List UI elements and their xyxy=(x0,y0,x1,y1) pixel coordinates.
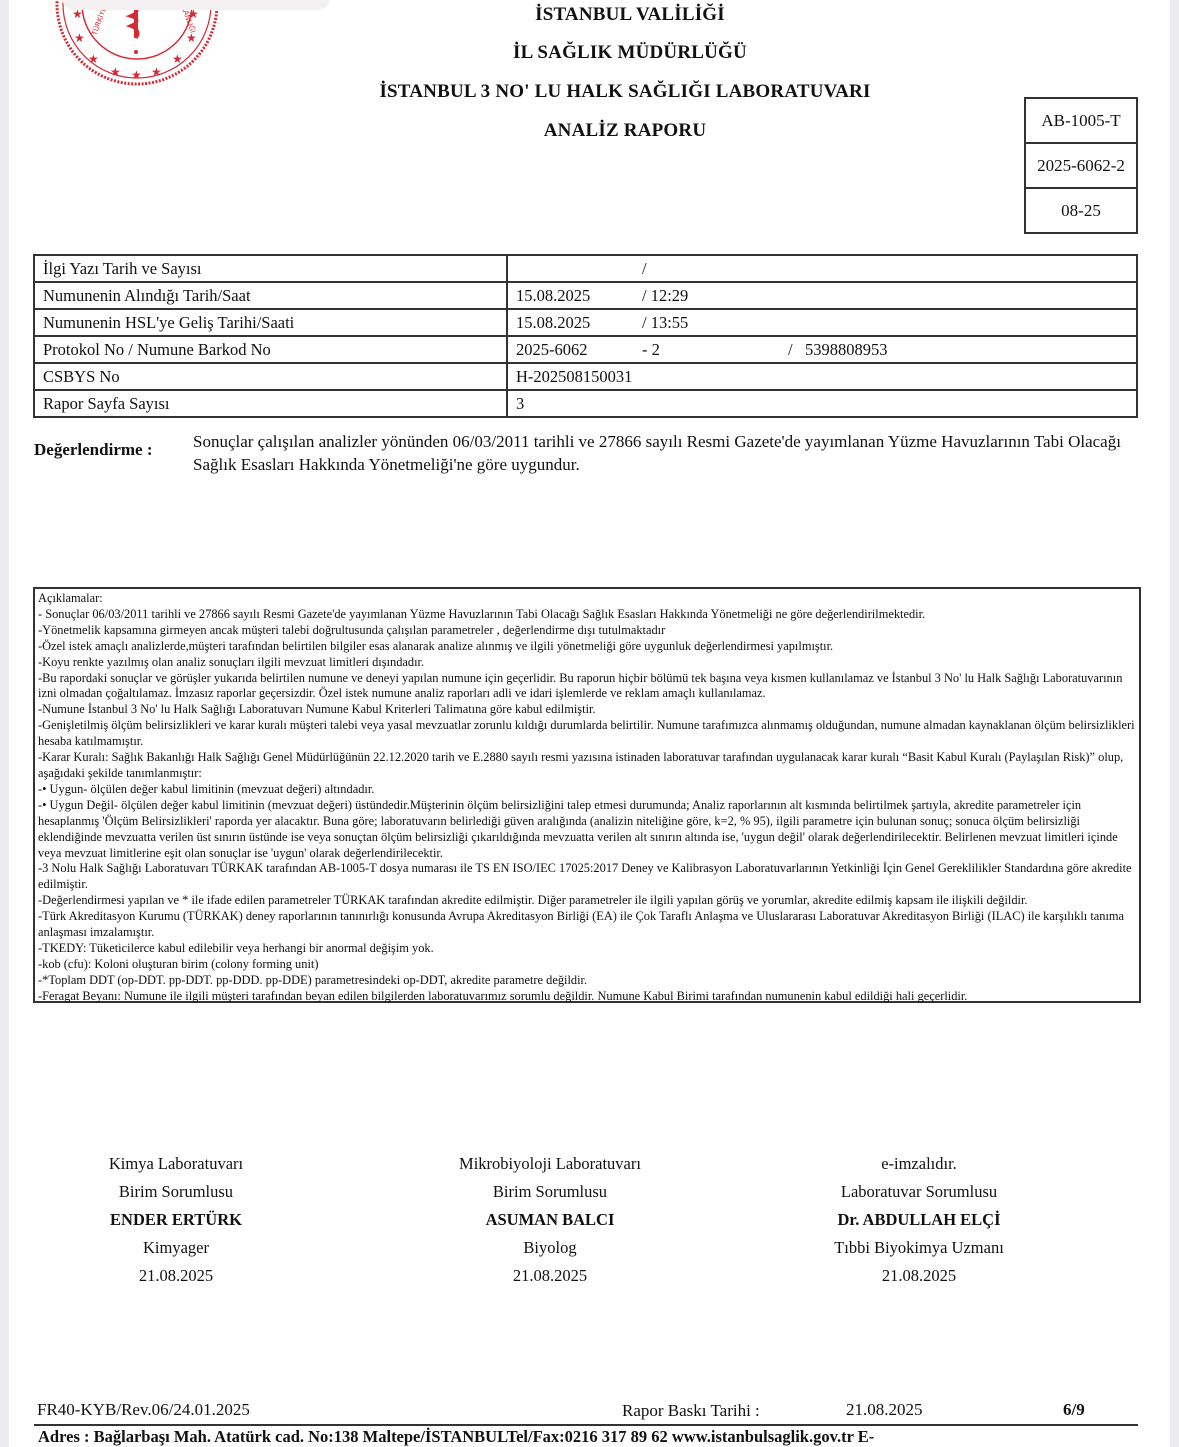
row-label: CSBYS No xyxy=(34,363,507,390)
note-item: -Özel istek amaçlı analizlerde,müşteri t… xyxy=(38,639,1136,655)
row-value-part: - 2 xyxy=(642,340,788,360)
print-date: 21.08.2025 xyxy=(846,1400,923,1420)
footer-divider xyxy=(34,1424,1138,1426)
signature-name: Dr. ABDULLAH ELÇİ xyxy=(810,1206,1028,1234)
note-item: -Numune İstanbul 3 No' lu Halk Sağlığı L… xyxy=(38,702,1136,718)
top-overlay-bar xyxy=(62,0,330,10)
signature-title: Biyolog xyxy=(418,1234,682,1262)
row-value-part: / 12:29 xyxy=(642,286,788,306)
signature-date: 21.08.2025 xyxy=(810,1262,1028,1290)
table-row: Numunenin Alındığı Tarih/Saat15.08.2025/… xyxy=(34,282,1137,309)
signature-unit: Kimya Laboratuvarı xyxy=(66,1150,286,1178)
note-item: -Yönetmelik kapsamına girmeyen ancak müş… xyxy=(38,623,1136,639)
signature-role: Birim Sorumlusu xyxy=(418,1178,682,1206)
note-item: -Feragat Beyanı: Numune ile ilgili müşte… xyxy=(38,989,1136,1005)
row-label: Numunenin HSL'ye Geliş Tarihi/Saati xyxy=(34,309,507,336)
row-value: 15.08.2025/ 12:29 xyxy=(507,282,1137,309)
signature-date: 21.08.2025 xyxy=(66,1262,286,1290)
row-value-part: 15.08.2025 xyxy=(516,313,642,333)
signature-role: Birim Sorumlusu xyxy=(66,1178,286,1206)
svg-text:★: ★ xyxy=(172,52,183,66)
signature-microbiology: Mikrobiyoloji Laboratuvarı Birim Sorumlu… xyxy=(418,1150,682,1290)
row-value: 2025-6062- 2/ 5398808953 xyxy=(507,336,1137,363)
row-label: İlgi Yazı Tarih ve Sayısı xyxy=(34,255,507,282)
header-line-directorate: İL SAĞLIK MÜDÜRLÜĞÜ xyxy=(330,42,930,64)
document-title: ANALİZ RAPORU xyxy=(325,120,925,142)
note-item: -3 Nolu Halk Sağlığı Laboratuvarı TÜRKAK… xyxy=(38,861,1136,893)
table-row: Protokol No / Numune Barkod No2025-6062-… xyxy=(34,336,1137,363)
row-value-part: 3 xyxy=(516,394,642,414)
table-row: Numunenin HSL'ye Geliş Tarihi/Saati15.08… xyxy=(34,309,1137,336)
table-row: CSBYS NoH-202508150031 xyxy=(34,363,1137,390)
viewer-scrollbar[interactable] xyxy=(1170,0,1179,1447)
note-item: -Koyu renkte yazılmış olan analiz sonuçl… xyxy=(38,655,1136,671)
note-item: - Sonuçlar 06/03/2011 tarihli ve 27866 s… xyxy=(38,607,1136,623)
note-item: -Karar Kuralı: Sağlık Bakanlığı Halk Sağ… xyxy=(38,750,1136,782)
signature-title: Tıbbi Biyokimya Uzmanı xyxy=(810,1234,1028,1262)
row-value: 3 xyxy=(507,390,1137,417)
report-number: 2025-6062-2 xyxy=(1026,144,1136,189)
signature-role: Laboratuvar Sorumlusu xyxy=(810,1178,1028,1206)
note-item: -• Uygun- ölçülen değer kabul limitinin … xyxy=(38,782,1136,798)
notes-box: Açıklamalar:- Sonuçlar 06/03/2011 tarihl… xyxy=(33,587,1141,1003)
row-value: H-202508150031 xyxy=(507,363,1137,390)
evaluation-label: Değerlendirme : xyxy=(34,440,152,460)
note-item: -Bu rapordaki sonuçlar ve görüşler yukar… xyxy=(38,671,1136,703)
viewer-left-edge xyxy=(0,0,9,1447)
row-label: Protokol No / Numune Barkod No xyxy=(34,336,507,363)
row-value-part: / xyxy=(642,259,788,279)
row-value-part: H-202508150031 xyxy=(516,367,642,387)
note-item: -• Uygun Değil- ölçülen değer kabul limi… xyxy=(38,798,1136,862)
signature-unit: e-imzalıdır. xyxy=(810,1150,1028,1178)
ministry-seal-icon: ★ ★ ★ ★ ★ ★ ★ ★ ★ TÜRKİYE CU BAKANLIĞI xyxy=(52,0,222,104)
svg-text:★: ★ xyxy=(131,68,142,82)
row-value-part: / 13:55 xyxy=(642,313,788,333)
signature-title: Kimyager xyxy=(66,1234,286,1262)
notes-heading: Açıklamalar: xyxy=(38,591,1136,607)
svg-text:★: ★ xyxy=(110,65,121,79)
row-value-part: 15.08.2025 xyxy=(516,286,642,306)
signature-name: ENDER ERTÜRK xyxy=(66,1206,286,1234)
report-period: 08-25 xyxy=(1026,189,1136,232)
table-row: Rapor Sayfa Sayısı3 xyxy=(34,390,1137,417)
signature-chemistry: Kimya Laboratuvarı Birim Sorumlusu ENDER… xyxy=(66,1150,286,1290)
row-value-part: / 5398808953 xyxy=(788,340,887,360)
note-item: -Genişletilmiş ölçüm belirsizlikleri ve … xyxy=(38,718,1136,750)
row-value: / xyxy=(507,255,1137,282)
note-item: -Değerlendirmesi yapılan ve * ile ifade … xyxy=(38,893,1136,909)
note-item: -*Toplam DDT (op-DDT. pp-DDT. pp-DDD. pp… xyxy=(38,973,1136,989)
footer-address: Adres : Bağlarbaşı Mah. Atatürk cad. No:… xyxy=(38,1427,874,1447)
row-value-part: 2025-6062 xyxy=(516,340,642,360)
report-code-box: AB-1005-T 2025-6062-2 08-25 xyxy=(1024,97,1138,234)
svg-text:★: ★ xyxy=(88,52,99,66)
signature-lab-director: e-imzalıdır. Laboratuvar Sorumlusu Dr. A… xyxy=(810,1150,1028,1290)
svg-text:★: ★ xyxy=(74,31,85,45)
signature-unit: Mikrobiyoloji Laboratuvarı xyxy=(418,1150,682,1178)
print-date-label: Rapor Baskı Tarihi : xyxy=(622,1401,760,1421)
sample-info-table: İlgi Yazı Tarih ve Sayısı/Numunenin Alın… xyxy=(33,254,1138,418)
evaluation-text: Sonuçlar çalışılan analizler yönünden 06… xyxy=(193,430,1133,476)
signature-date: 21.08.2025 xyxy=(418,1262,682,1290)
note-item: -Türk Akreditasyon Kurumu (TÜRKAK) deney… xyxy=(38,909,1136,941)
accreditation-code: AB-1005-T xyxy=(1026,99,1136,144)
note-item: -TKEDY: Tüketicilerce kabul edilebilir v… xyxy=(38,941,1136,957)
form-code: FR40-KYB/Rev.06/24.01.2025 xyxy=(37,1400,250,1420)
note-item: -kob (cfu): Koloni oluşturan birim (colo… xyxy=(38,957,1136,973)
row-label: Rapor Sayfa Sayısı xyxy=(34,390,507,417)
svg-text:★: ★ xyxy=(151,65,162,79)
header-line-governorship: İSTANBUL VALİLİĞİ xyxy=(330,4,930,26)
table-row: İlgi Yazı Tarih ve Sayısı/ xyxy=(34,255,1137,282)
row-label: Numunenin Alındığı Tarih/Saat xyxy=(34,282,507,309)
signature-name: ASUMAN BALCI xyxy=(418,1206,682,1234)
page-number: 6/9 xyxy=(1063,1400,1085,1420)
header-line-laboratory: İSTANBUL 3 NO' LU HALK SAĞLIĞI LABORATUV… xyxy=(325,81,925,103)
row-value: 15.08.2025/ 13:55 xyxy=(507,309,1137,336)
